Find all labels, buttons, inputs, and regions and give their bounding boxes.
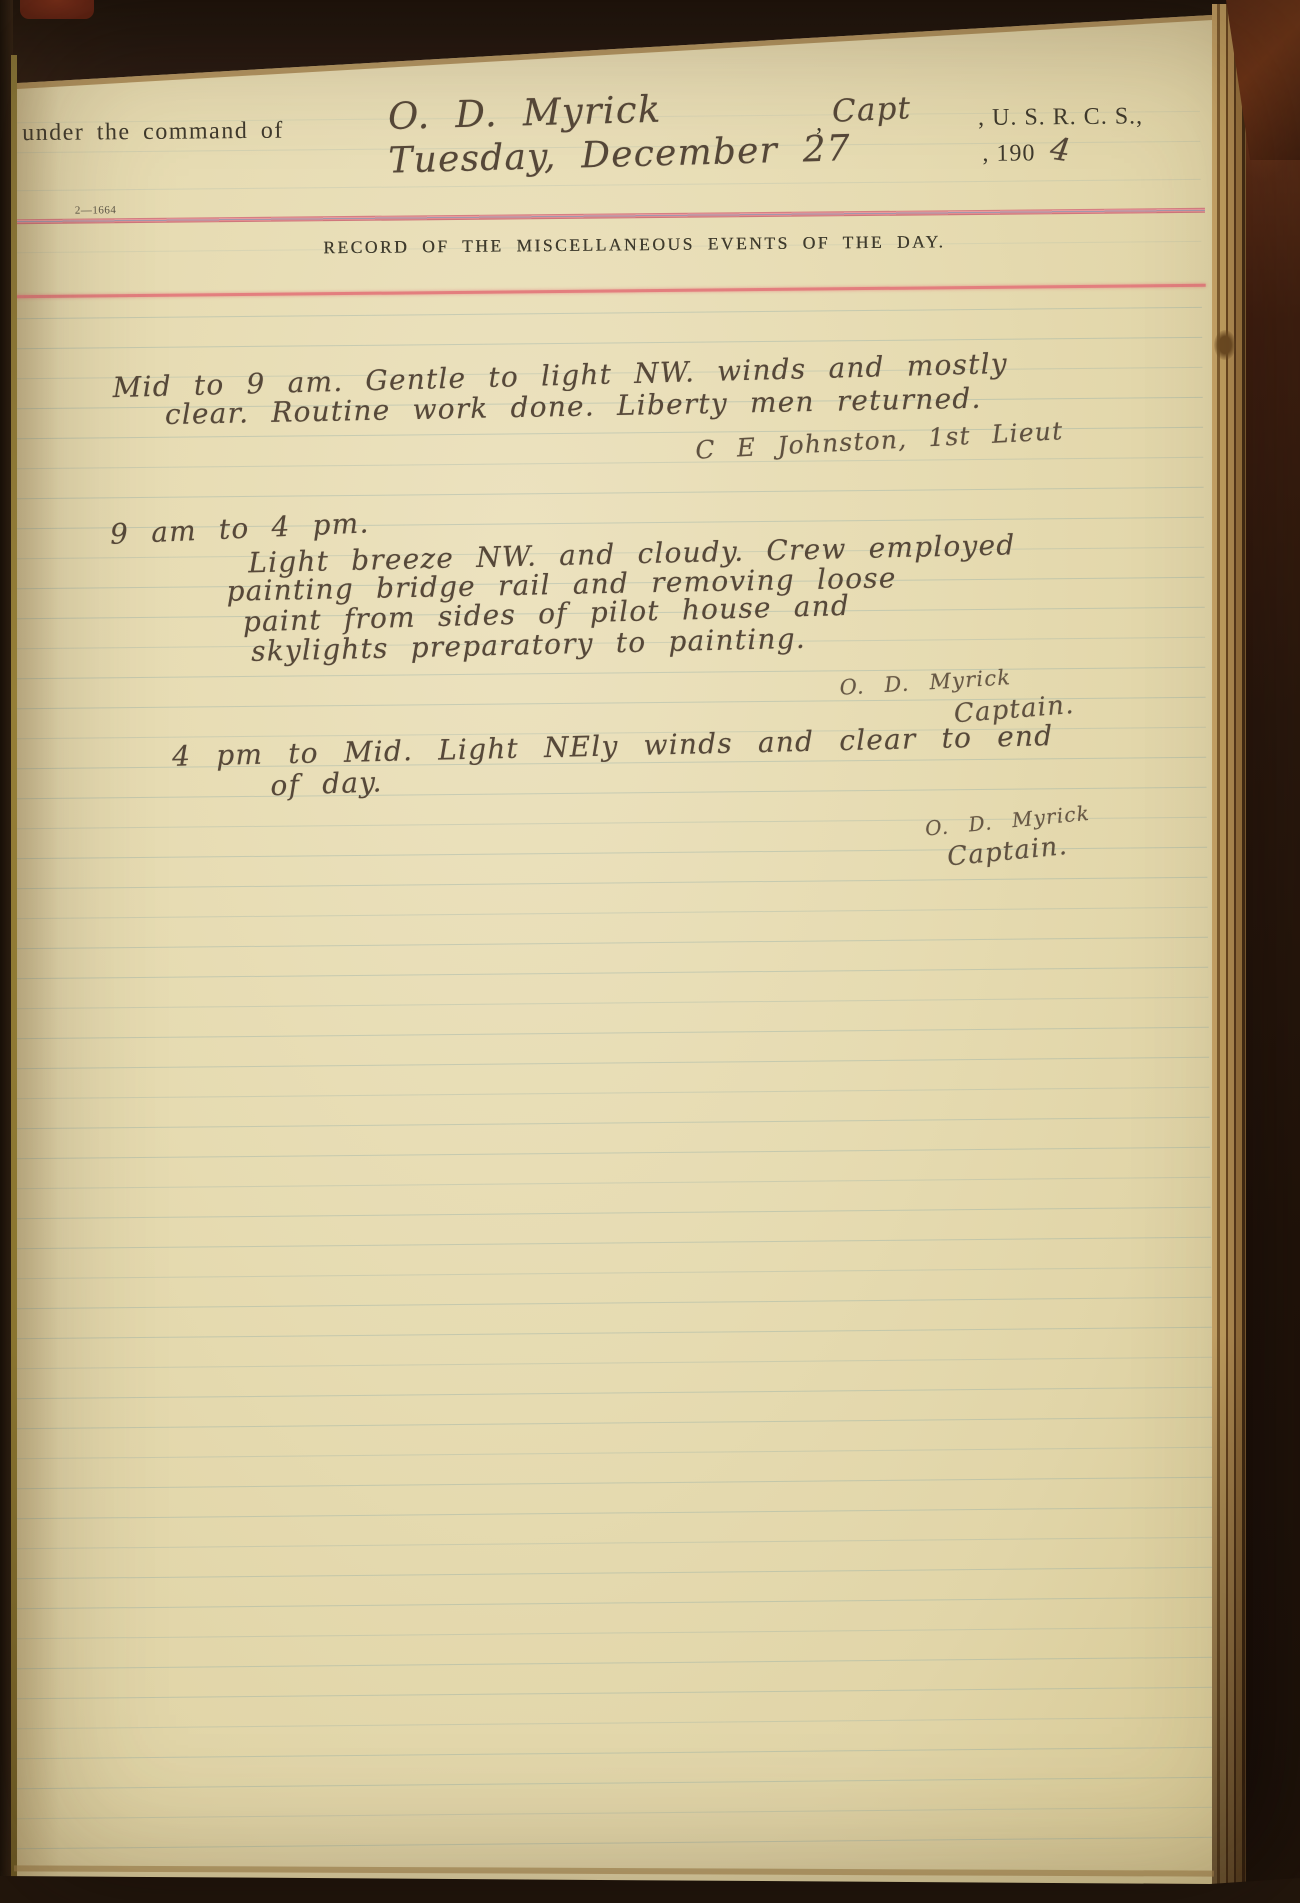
entry-3-line-2: of day. [270,765,383,802]
ruled-line [12,1327,1212,1340]
fore-edge-smudge [1214,330,1236,360]
service-label: , U. S. R. C. S., [978,103,1143,132]
ruled-line [14,1597,1214,1610]
ruled-line [11,1267,1211,1280]
section-heading: RECORD OF THE MISCELLANEOUS EVENTS OF TH… [323,231,945,258]
ruled-line [8,937,1208,950]
ruled-line [2,307,1202,320]
year-printed-label: , 190 [982,140,1035,168]
commander-name-handwritten: O. D. Myrick [387,88,661,138]
ruled-line [5,667,1205,680]
ruled-line [15,1657,1215,1670]
page-fore-edge-stack [1212,4,1248,1903]
ruled-line [10,1177,1210,1190]
ruled-line [15,1717,1215,1730]
ruled-line [15,1627,1215,1640]
date-handwritten: Tuesday, December 27 [388,128,851,181]
ruled-line [12,1357,1212,1370]
page-content-layer: under the command of O. D. Myrick , Capt… [0,0,1300,1903]
ruled-line [14,1537,1214,1550]
ruled-line [16,1807,1216,1820]
ruled-line [16,1747,1216,1760]
ruled-line [13,1507,1213,1520]
ruled-line [16,1777,1216,1790]
logbook-scan: under the command of O. D. Myrick , Capt… [0,0,1300,1903]
ruled-line [9,1057,1209,1070]
entry-1-signature: C E Johnston, 1st Lieut [695,416,1064,465]
command-prefix-label: under the command of [22,118,284,148]
ruled-line [7,877,1207,890]
ruled-line [15,1687,1215,1700]
ruled-line [9,1087,1209,1100]
ruled-line [12,1387,1212,1400]
ruled-line [9,1027,1209,1040]
ruled-line [8,907,1208,920]
ruled-line [13,1417,1213,1430]
ruled-line [4,487,1204,500]
ruled-line [9,997,1209,1010]
ruled-line [17,1837,1217,1850]
ruled-line [11,1237,1211,1250]
ruled-line [10,1147,1210,1160]
ruled-line [8,967,1208,980]
ruled-line [13,1477,1213,1490]
section-divider-rule [0,284,1206,299]
rank-handwritten: Capt [831,90,912,129]
year-digit-handwritten: 4 [1048,131,1074,170]
ruled-line [11,1207,1211,1220]
entry-3-line-1: 4 pm to Mid. Light NEly winds and clear … [172,719,1054,773]
ruled-line [10,1117,1210,1130]
form-number: 2—1664 [75,204,117,216]
book-cover-leather [1246,0,1300,1903]
top-left-leather-patch [20,0,94,19]
entry-3-signature-title: Captain. [946,831,1069,873]
ruled-line [3,457,1203,470]
ruled-line [2,337,1202,350]
ruled-line [11,1297,1211,1310]
gutter-page-edge-line [11,55,17,1885]
ruled-line [13,1447,1213,1460]
ruled-line [1,179,1201,192]
ruled-line [7,787,1207,800]
header-divider-rule [0,208,1205,225]
ruled-line [14,1567,1214,1580]
